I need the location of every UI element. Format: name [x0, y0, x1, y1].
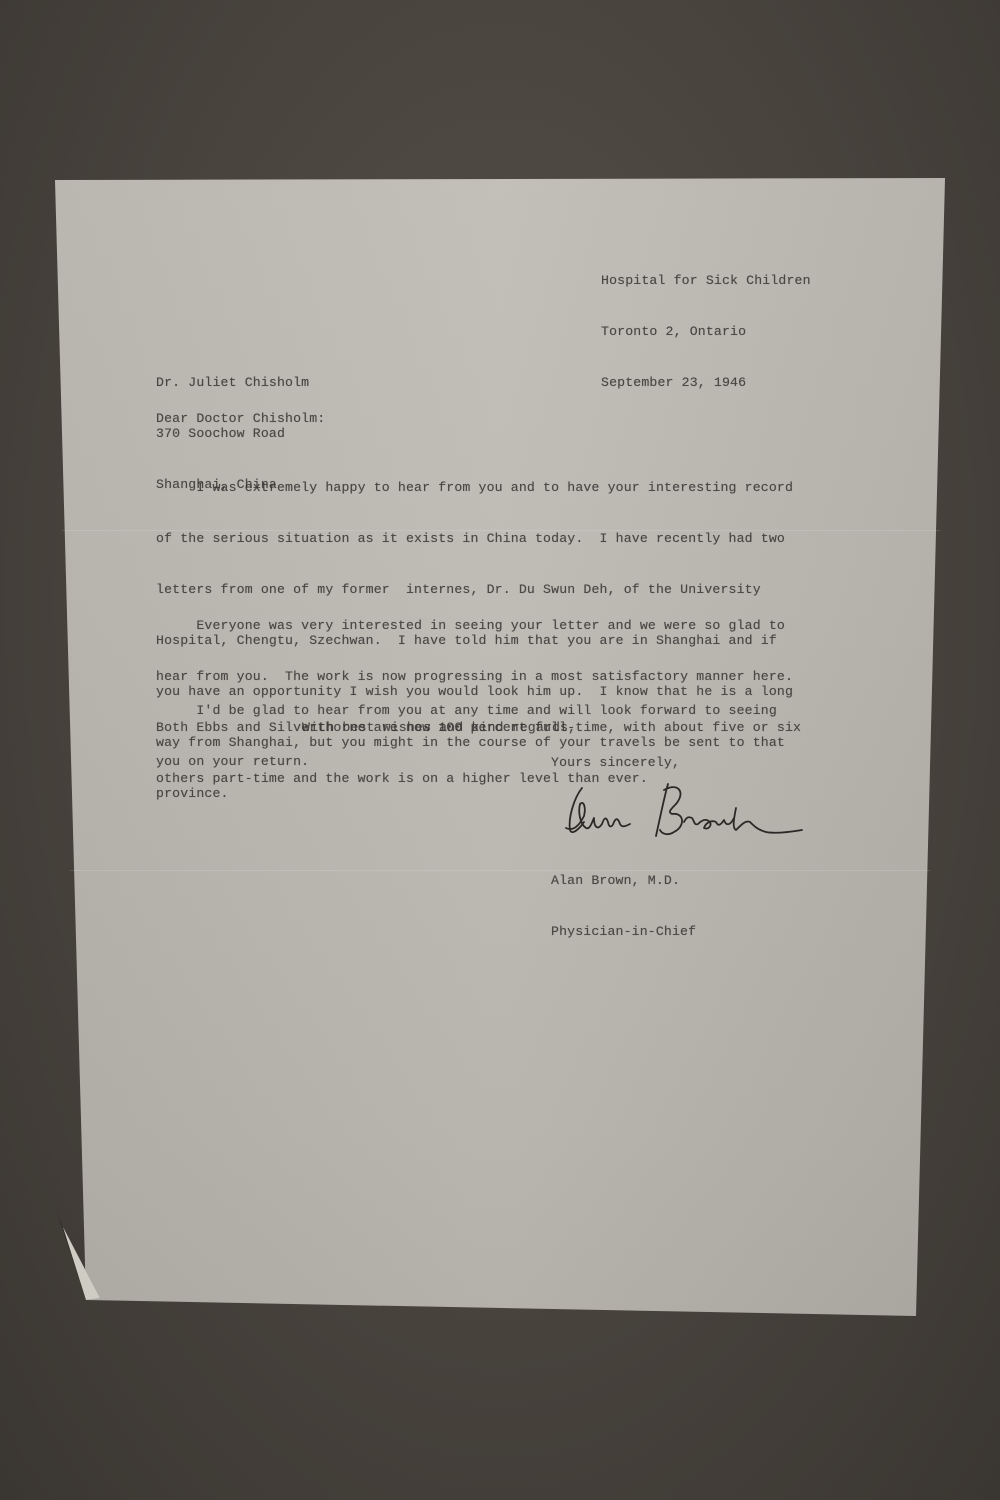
body-line: Everyone was very interested in seeing y…	[156, 617, 801, 634]
body-line: I was extremely happy to hear from you a…	[156, 479, 793, 496]
letterhead-address: Hospital for Sick Children Toronto 2, On…	[601, 238, 811, 425]
letterhead-line: Hospital for Sick Children	[601, 272, 811, 289]
body-line: of the serious situation as it exists in…	[156, 530, 793, 547]
signer-name: Alan Brown, M.D.	[551, 872, 696, 889]
letter-date: September 23, 1946	[601, 374, 811, 391]
closing-regards: With best wishes and kind regards,	[302, 719, 576, 736]
body-line: I'd be glad to hear from you at any time…	[156, 702, 777, 719]
closing-sincerely: Yours sincerely,	[551, 754, 680, 771]
recipient-street: 370 Soochow Road	[156, 425, 309, 442]
fold-crease-lower	[70, 870, 930, 871]
signer-title: Physician-in-Chief	[551, 923, 696, 940]
signer-block: Alan Brown, M.D. Physician-in-Chief	[551, 838, 696, 974]
salutation: Dear Doctor Chisholm:	[156, 410, 325, 427]
letter-sheet: Hospital for Sick Children Toronto 2, On…	[0, 0, 1000, 1500]
recipient-name: Dr. Juliet Chisholm	[156, 374, 309, 391]
body-line: you on your return.	[156, 753, 777, 770]
letterhead-line: Toronto 2, Ontario	[601, 323, 811, 340]
